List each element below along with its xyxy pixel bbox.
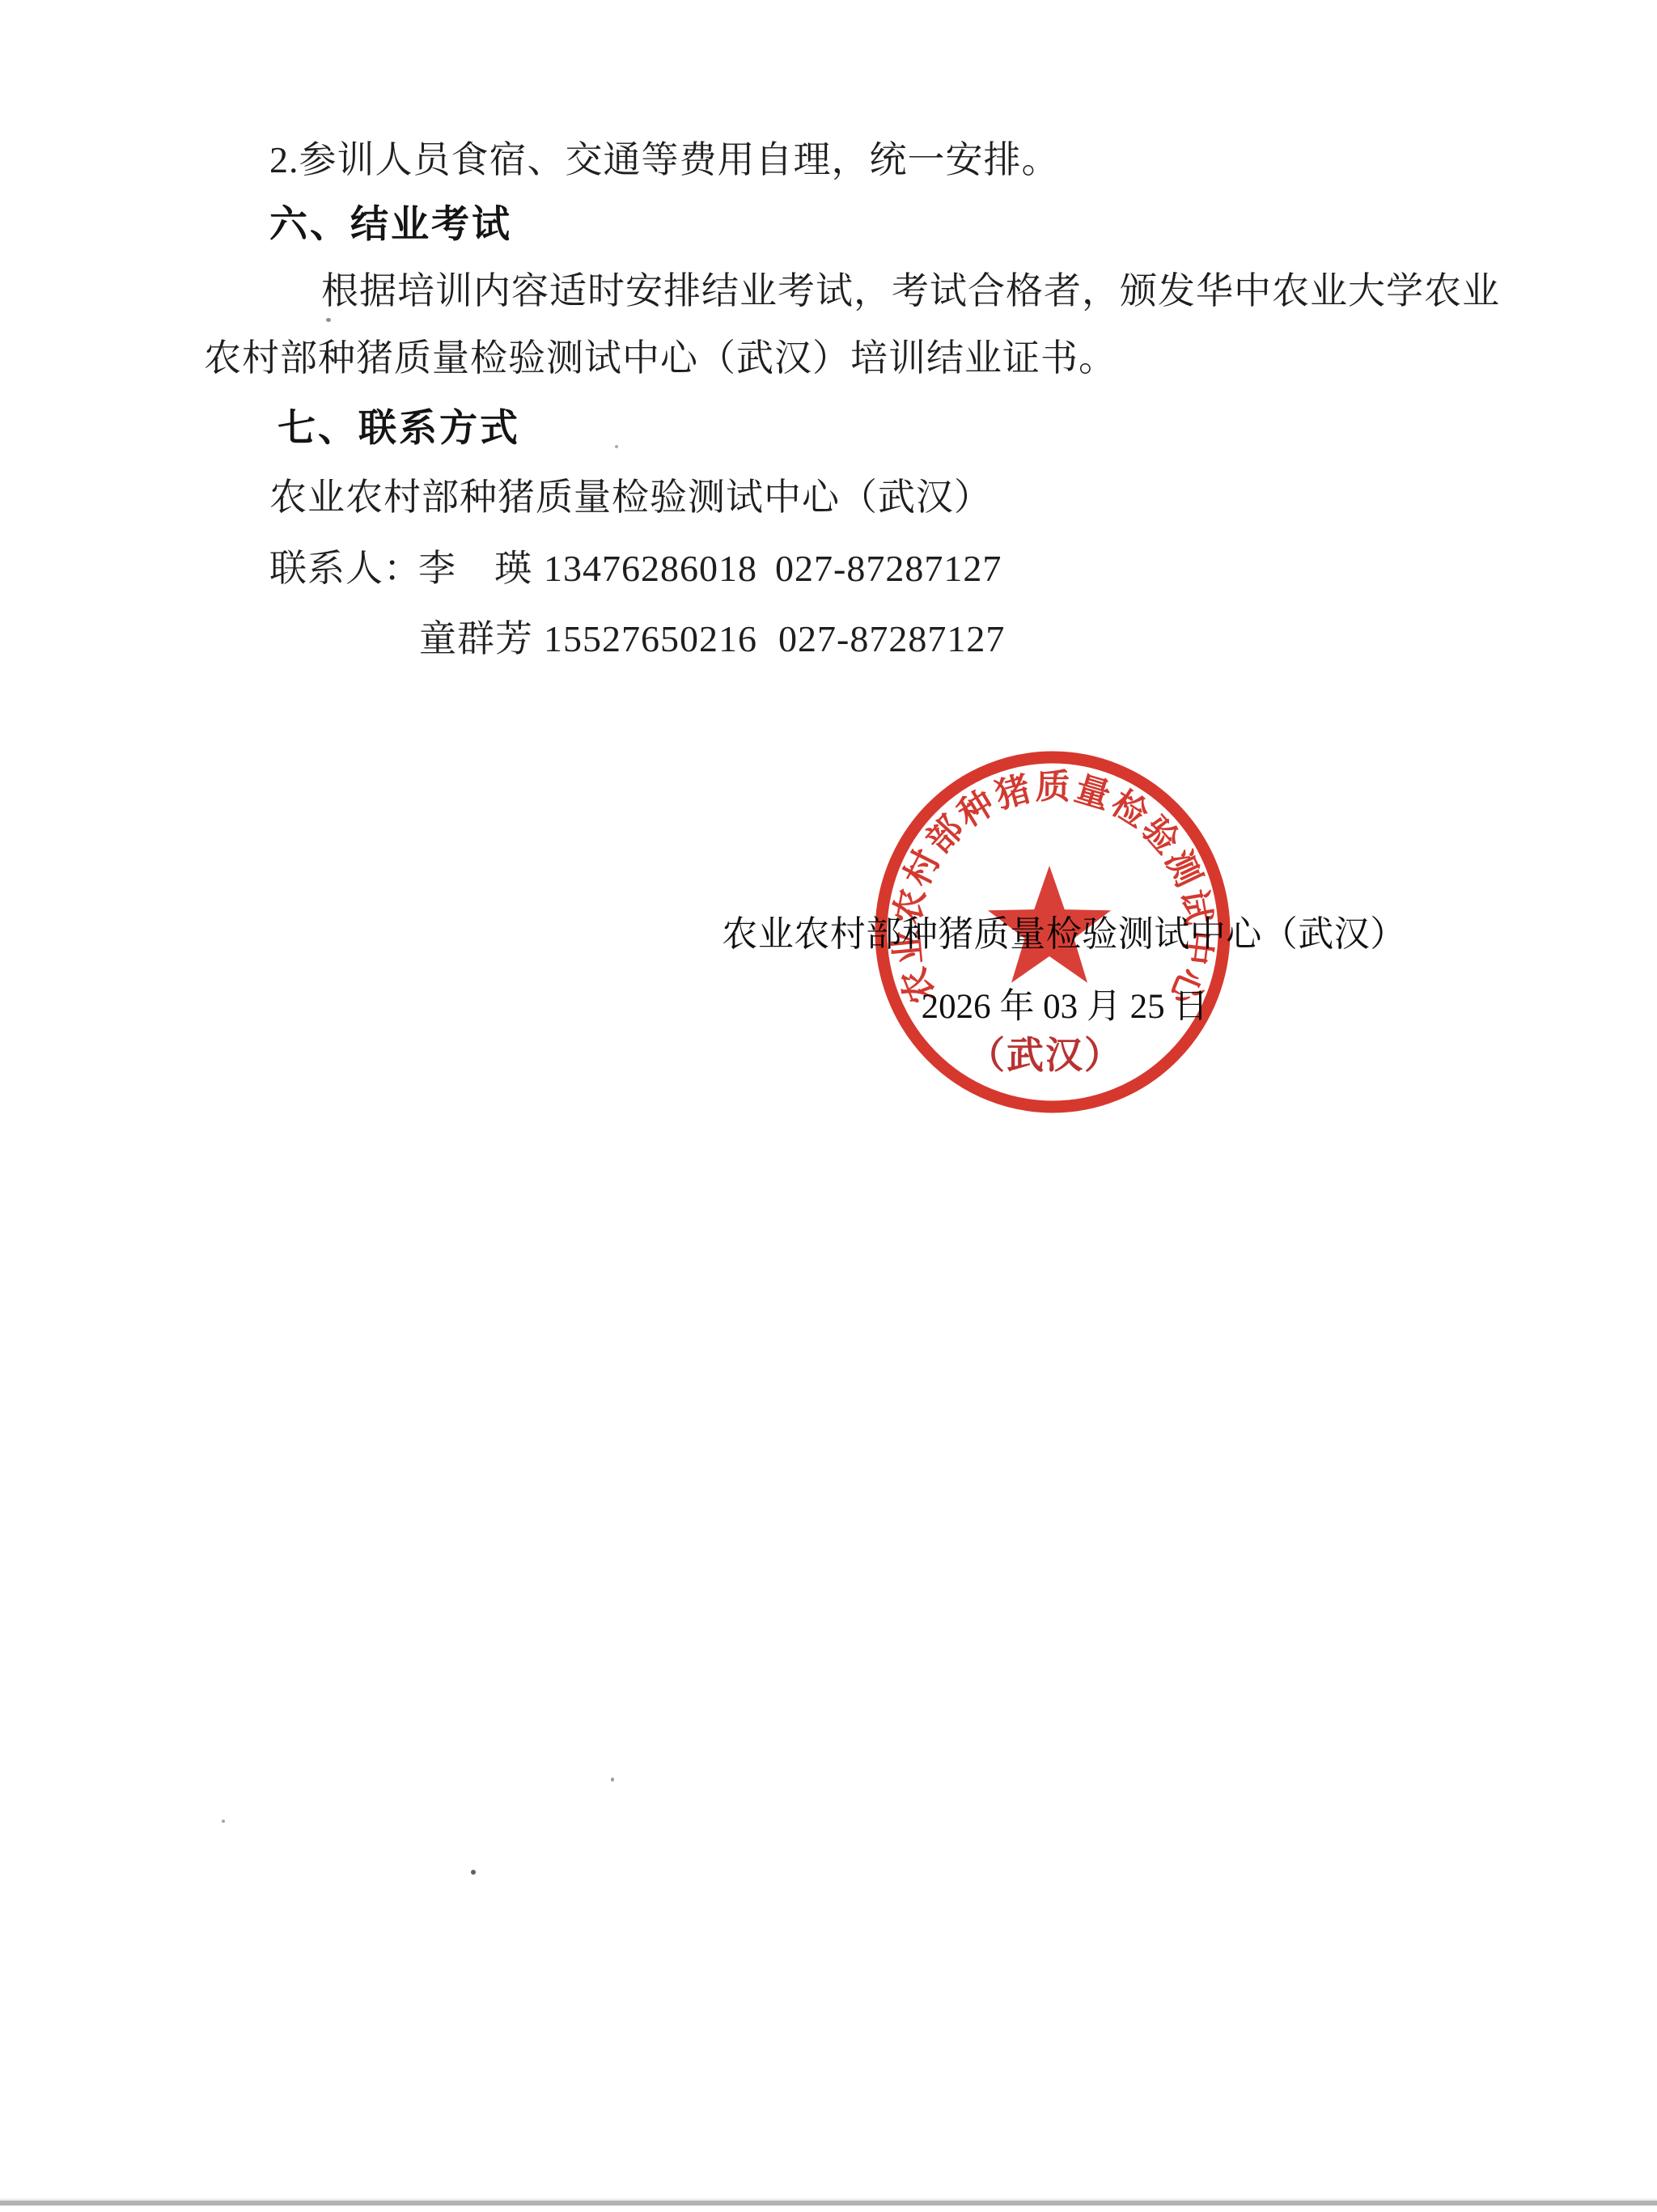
contact-mobile: 15527650216 (544, 618, 757, 661)
document-page: 2.参训人员食宿、交通等费用自理，统一安排。 六、结业考试 根据培训内容适时安排… (0, 0, 1657, 2212)
scan-speck (611, 1778, 614, 1782)
contact-person-name: 李 瑛 (418, 548, 532, 591)
scan-speck (471, 1870, 476, 1875)
official-seal: 农业农村部种猪质量检验测试中心 （武汉） (833, 708, 1286, 1161)
seal-location-text: （武汉） (968, 1035, 1123, 1076)
contact-telephone: 027-87287127 (775, 548, 1002, 591)
scan-speck (326, 318, 331, 322)
contact-label: 联系人： (269, 548, 422, 591)
paragraph-6-line-2: 农村部种猪质量检验测试中心（武汉）培训结业证书。 (204, 337, 1117, 380)
scan-bottom-edge-line (0, 2201, 1657, 2206)
org-name-line: 农业农村部种猪质量检验测试中心（武汉） (269, 477, 992, 519)
star-icon (988, 866, 1111, 983)
contact-mobile: 13476286018 (544, 548, 757, 591)
contact-telephone: 027-87287127 (778, 618, 1005, 661)
section-heading-7: 七、联系方式 (278, 406, 520, 450)
contact-person-name: 童群芳 (419, 618, 533, 661)
list-item-2: 2.参训人员食宿、交通等费用自理，统一安排。 (269, 139, 1060, 182)
scan-speck (222, 1820, 225, 1823)
section-heading-6: 六、结业考试 (269, 202, 512, 246)
paragraph-6-line-1: 根据培训内容适时安排结业考试，考试合格者，颁发华中农业大学农业 (321, 270, 1500, 313)
scan-speck (615, 445, 618, 448)
